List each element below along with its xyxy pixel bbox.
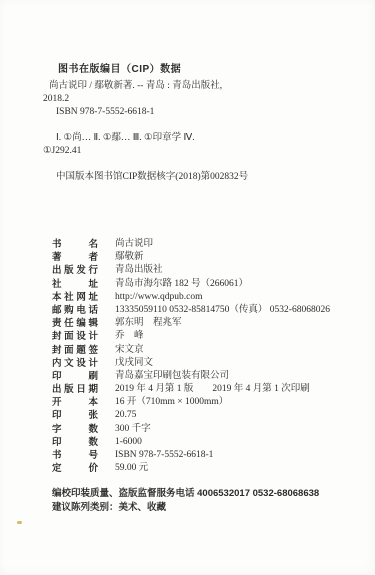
row-label: 书号 bbox=[52, 449, 98, 462]
row-value: 16 开（710mm × 1000mm） bbox=[98, 396, 228, 409]
table-row: 著者 鄢敬新 bbox=[52, 251, 352, 264]
row-value: 13335059110 0532-85814750（传真） 0532-68068… bbox=[98, 304, 330, 317]
row-value: 青岛市海尔路 182 号（266061） bbox=[98, 278, 248, 291]
row-value: 2019 年 4 月第 1 版 2019 年 4 月第 1 次印刷 bbox=[98, 383, 310, 396]
table-row: 开本 16 开（710mm × 1000mm） bbox=[52, 396, 352, 409]
row-label: 出版日期 bbox=[52, 383, 98, 396]
row-label: 社址 bbox=[52, 278, 98, 291]
row-label: 印刷 bbox=[52, 370, 98, 383]
row-value: 59.00 元 bbox=[98, 462, 148, 475]
row-label: 印数 bbox=[52, 436, 98, 449]
row-value: 宋文京 bbox=[98, 344, 144, 357]
row-value: ISBN 978-7-5552-6618-1 bbox=[98, 449, 213, 462]
table-row: 印张 20.75 bbox=[52, 409, 352, 422]
row-value: 300 千字 bbox=[98, 423, 151, 436]
cip-class-number-line: ①J292.41 bbox=[43, 145, 343, 158]
scan-artifact-mark bbox=[17, 521, 22, 524]
table-row: 出版日期 2019 年 4 月第 1 版 2019 年 4 月第 1 次印刷 bbox=[52, 383, 352, 396]
row-value: 青岛出版社 bbox=[98, 264, 163, 277]
cip-verification-line: 中国版本图书馆CIP数据核字(2018)第002832号 bbox=[43, 171, 343, 184]
table-row: 邮购电话 13335059110 0532-85814750（传真） 0532-… bbox=[52, 304, 352, 317]
table-row: 印刷 青岛嘉宝印刷包装有限公司 bbox=[52, 370, 352, 383]
display-category-line: 建议陈列类别：美术、收藏 bbox=[52, 501, 319, 515]
row-label: 邮购电话 bbox=[52, 304, 98, 317]
cip-record-year-line: 2018.2 bbox=[43, 93, 343, 106]
row-value: http://www.qdpub.com bbox=[98, 291, 203, 304]
row-value: 20.75 bbox=[98, 409, 136, 422]
row-value: 乔 峰 bbox=[98, 330, 144, 343]
cip-header: 图书在版编目（CIP）数据 bbox=[58, 60, 181, 75]
row-label: 著者 bbox=[52, 251, 98, 264]
row-label: 出版发行 bbox=[52, 264, 98, 277]
table-row: 内文设计 戊戌同文 bbox=[52, 357, 352, 370]
table-row: 书名 尚古说印 bbox=[52, 238, 352, 251]
cip-classification-line: Ⅰ. ①尚… Ⅱ. ①鄢… Ⅲ. ①印章学 Ⅳ. bbox=[43, 132, 343, 145]
row-value: 1-6000 bbox=[98, 436, 142, 449]
table-row: 书号 ISBN 978-7-5552-6618-1 bbox=[52, 449, 352, 462]
row-label: 内文设计 bbox=[52, 357, 98, 370]
footer-notes: 编校印装质量、盗版监督服务电话 4006532017 0532-68068638… bbox=[52, 487, 319, 514]
row-label: 封面设计 bbox=[52, 330, 98, 343]
row-label: 封面题签 bbox=[52, 344, 98, 357]
table-row: 封面设计 乔 峰 bbox=[52, 330, 352, 343]
row-label: 字数 bbox=[52, 423, 98, 436]
row-value: 青岛嘉宝印刷包装有限公司 bbox=[98, 370, 229, 383]
cip-isbn-line: ISBN 978-7-5552-6618-1 bbox=[43, 106, 343, 119]
colophon-page: 图书在版编目（CIP）数据 尚古说印 / 鄢敬新著. -- 青岛 : 青岛出版社… bbox=[0, 0, 375, 575]
table-row: 封面题签 宋文京 bbox=[52, 344, 352, 357]
row-value: 尚古说印 bbox=[98, 238, 153, 251]
row-value: 鄢敬新 bbox=[98, 251, 144, 264]
quality-hotline-line: 编校印装质量、盗版监督服务电话 4006532017 0532-68068638 bbox=[52, 487, 319, 501]
row-label: 定价 bbox=[52, 462, 98, 475]
cip-record-title-line: 尚古说印 / 鄢敬新著. -- 青岛 : 青岛出版社, bbox=[43, 80, 343, 93]
table-row: 责任编辑 郭东明 程兆军 bbox=[52, 317, 352, 330]
cip-record-block: 尚古说印 / 鄢敬新著. -- 青岛 : 青岛出版社, 2018.2 ISBN … bbox=[43, 80, 343, 184]
table-row: 出版发行 青岛出版社 bbox=[52, 264, 352, 277]
row-label: 印张 bbox=[52, 409, 98, 422]
table-row: 字数 300 千字 bbox=[52, 423, 352, 436]
row-label: 开本 bbox=[52, 396, 98, 409]
table-row: 本社网址 http://www.qdpub.com bbox=[52, 291, 352, 304]
row-value: 郭东明 程兆军 bbox=[98, 317, 182, 330]
row-value: 戊戌同文 bbox=[98, 357, 153, 370]
row-label: 本社网址 bbox=[52, 291, 98, 304]
table-row: 定价 59.00 元 bbox=[52, 462, 352, 475]
row-label: 书名 bbox=[52, 238, 98, 251]
colophon-table: 书名 尚古说印 著者 鄢敬新 出版发行 青岛出版社 社址 青岛市海尔路 182 … bbox=[52, 238, 352, 475]
table-row: 印数 1-6000 bbox=[52, 436, 352, 449]
row-label: 责任编辑 bbox=[52, 317, 98, 330]
table-row: 社址 青岛市海尔路 182 号（266061） bbox=[52, 278, 352, 291]
